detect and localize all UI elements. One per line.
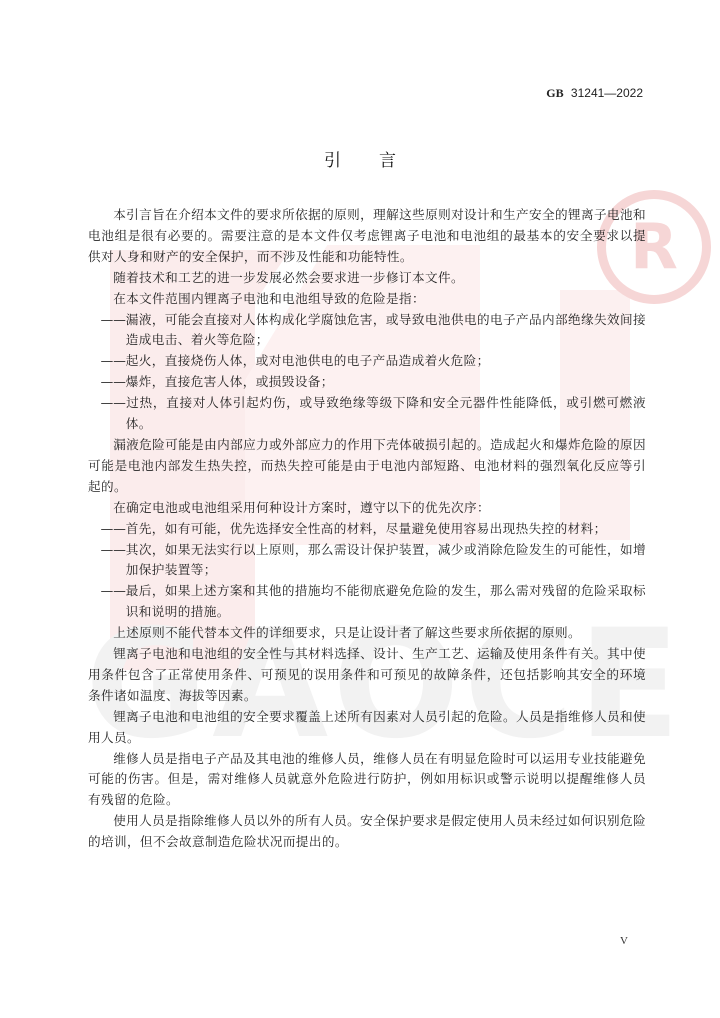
paragraph: 在本文件范围内锂离子电池和电池组导致的危险是指：	[88, 289, 646, 310]
paragraph: 使用人员是指除维修人员以外的所有人员。安全保护要求是假定使用人员未经过如何识别危…	[88, 811, 646, 853]
list-dash: ——	[101, 395, 126, 410]
list-item: ——过热，直接对人体引起灼伤，或导致绝缘等级下降和安全元器件性能降低，或引燃可燃…	[88, 393, 646, 435]
list-item: ——首先，如有可能，优先选择安全性高的材料，尽量避免使用容易出现热失控的材料；	[88, 519, 646, 540]
standard-code: GB 31241—2022	[546, 86, 643, 101]
list-item: ——爆炸，直接危害人体，或损毁设备；	[88, 372, 646, 393]
paragraph-text: 漏液危险可能是由内部应力或外部应力的作用下壳体破损引起的。造成起火和爆炸危险的原…	[88, 437, 646, 494]
paragraph-text: 最后，如果上述方案和其他的措施均不能彻底避免危险的发生，那么需对残留的危险采取标…	[126, 583, 646, 619]
paragraph-text: 过热，直接对人体引起灼伤，或导致绝缘等级下降和安全元器件性能降低，或引燃可燃液体…	[126, 395, 646, 431]
paragraph-text: 上述原则不能代替本文件的详细要求，只是让设计者了解这些要求所依据的原则。	[113, 625, 581, 640]
paragraph: 锂离子电池和电池组的安全性与其材料选择、设计、生产工艺、运输及使用条件有关。其中…	[88, 644, 646, 707]
list-item: ——最后，如果上述方案和其他的措施均不能彻底避免危险的发生，那么需对残留的危险采…	[88, 581, 646, 623]
paragraph-text: 在本文件范围内锂离子电池和电池组导致的危险是指：	[113, 291, 425, 306]
list-dash: ——	[101, 374, 126, 389]
paragraph: 漏液危险可能是由内部应力或外部应力的作用下壳体破损引起的。造成起火和爆炸危险的原…	[88, 435, 646, 498]
paragraph: 锂离子电池和电池组的安全要求覆盖上述所有因素对人员引起的危险。人员是指维修人员和…	[88, 707, 646, 749]
paragraph-text: 锂离子电池和电池组的安全要求覆盖上述所有因素对人员引起的危险。人员是指维修人员和…	[88, 709, 646, 745]
paragraph-text: 锂离子电池和电池组的安全性与其材料选择、设计、生产工艺、运输及使用条件有关。其中…	[88, 646, 646, 703]
page-number: V	[620, 935, 628, 947]
paragraph: 在确定电池或电池组采用何种设计方案时，遵守以下的优先次序：	[88, 498, 646, 519]
paragraph: 随着技术和工艺的进一步发展必然会要求进一步修订本文件。	[88, 268, 646, 289]
list-dash: ——	[101, 521, 126, 536]
list-item: ——起火，直接烧伤人体，或对电池供电的电子产品造成着火危险；	[88, 351, 646, 372]
page-title: 引言	[0, 146, 720, 171]
document-page: R GAOCE GB 31241—2022 引言 本引言旨在介绍本文件的要求所依…	[0, 0, 720, 1018]
list-dash: ——	[101, 312, 126, 327]
paragraph-text: 使用人员是指除维修人员以外的所有人员。安全保护要求是假定使用人员未经过如何识别危…	[88, 813, 646, 849]
paragraph-text: 漏液，可能会直接对人体构成化学腐蚀危害，或导致电池供电的电子产品内部绝缘失效间接…	[126, 312, 646, 348]
paragraph-text: 随着技术和工艺的进一步发展必然会要求进一步修订本文件。	[113, 270, 464, 285]
paragraph: 上述原则不能代替本文件的详细要求，只是让设计者了解这些要求所依据的原则。	[88, 623, 646, 644]
list-dash: ——	[101, 583, 126, 598]
standard-prefix: GB	[546, 86, 563, 100]
list-dash: ——	[101, 353, 126, 368]
paragraph-text: 起火，直接烧伤人体，或对电池供电的电子产品造成着火危险；	[126, 353, 490, 368]
list-item: ——其次，如果无法实行以上原则，那么需设计保护装置，减少或消除危险发生的可能性，…	[88, 540, 646, 582]
paragraph: 维修人员是指电子产品及其电池的维修人员，维修人员在有明显危险时可以运用专业技能避…	[88, 749, 646, 812]
list-item: ——漏液，可能会直接对人体构成化学腐蚀危害，或导致电池供电的电子产品内部绝缘失效…	[88, 310, 646, 352]
paragraph-text: 在确定电池或电池组采用何种设计方案时，遵守以下的优先次序：	[113, 500, 490, 515]
paragraph-text: 本引言旨在介绍本文件的要求所依据的原则，理解这些原则对设计和生产安全的锂离子电池…	[88, 207, 646, 264]
paragraph-text: 其次，如果无法实行以上原则，那么需设计保护装置，减少或消除危险发生的可能性，如增…	[126, 542, 646, 578]
standard-number: 31241—2022	[571, 86, 643, 100]
paragraph-text: 爆炸，直接危害人体，或损毁设备；	[126, 374, 334, 389]
document-body: 本引言旨在介绍本文件的要求所依据的原则，理解这些原则对设计和生产安全的锂离子电池…	[88, 205, 646, 853]
paragraph-text: 维修人员是指电子产品及其电池的维修人员，维修人员在有明显危险时可以运用专业技能避…	[88, 751, 646, 808]
paragraph-text: 首先，如有可能，优先选择安全性高的材料，尽量避免使用容易出现热失控的材料；	[126, 521, 607, 536]
list-dash: ——	[101, 542, 126, 557]
paragraph: 本引言旨在介绍本文件的要求所依据的原则，理解这些原则对设计和生产安全的锂离子电池…	[88, 205, 646, 268]
